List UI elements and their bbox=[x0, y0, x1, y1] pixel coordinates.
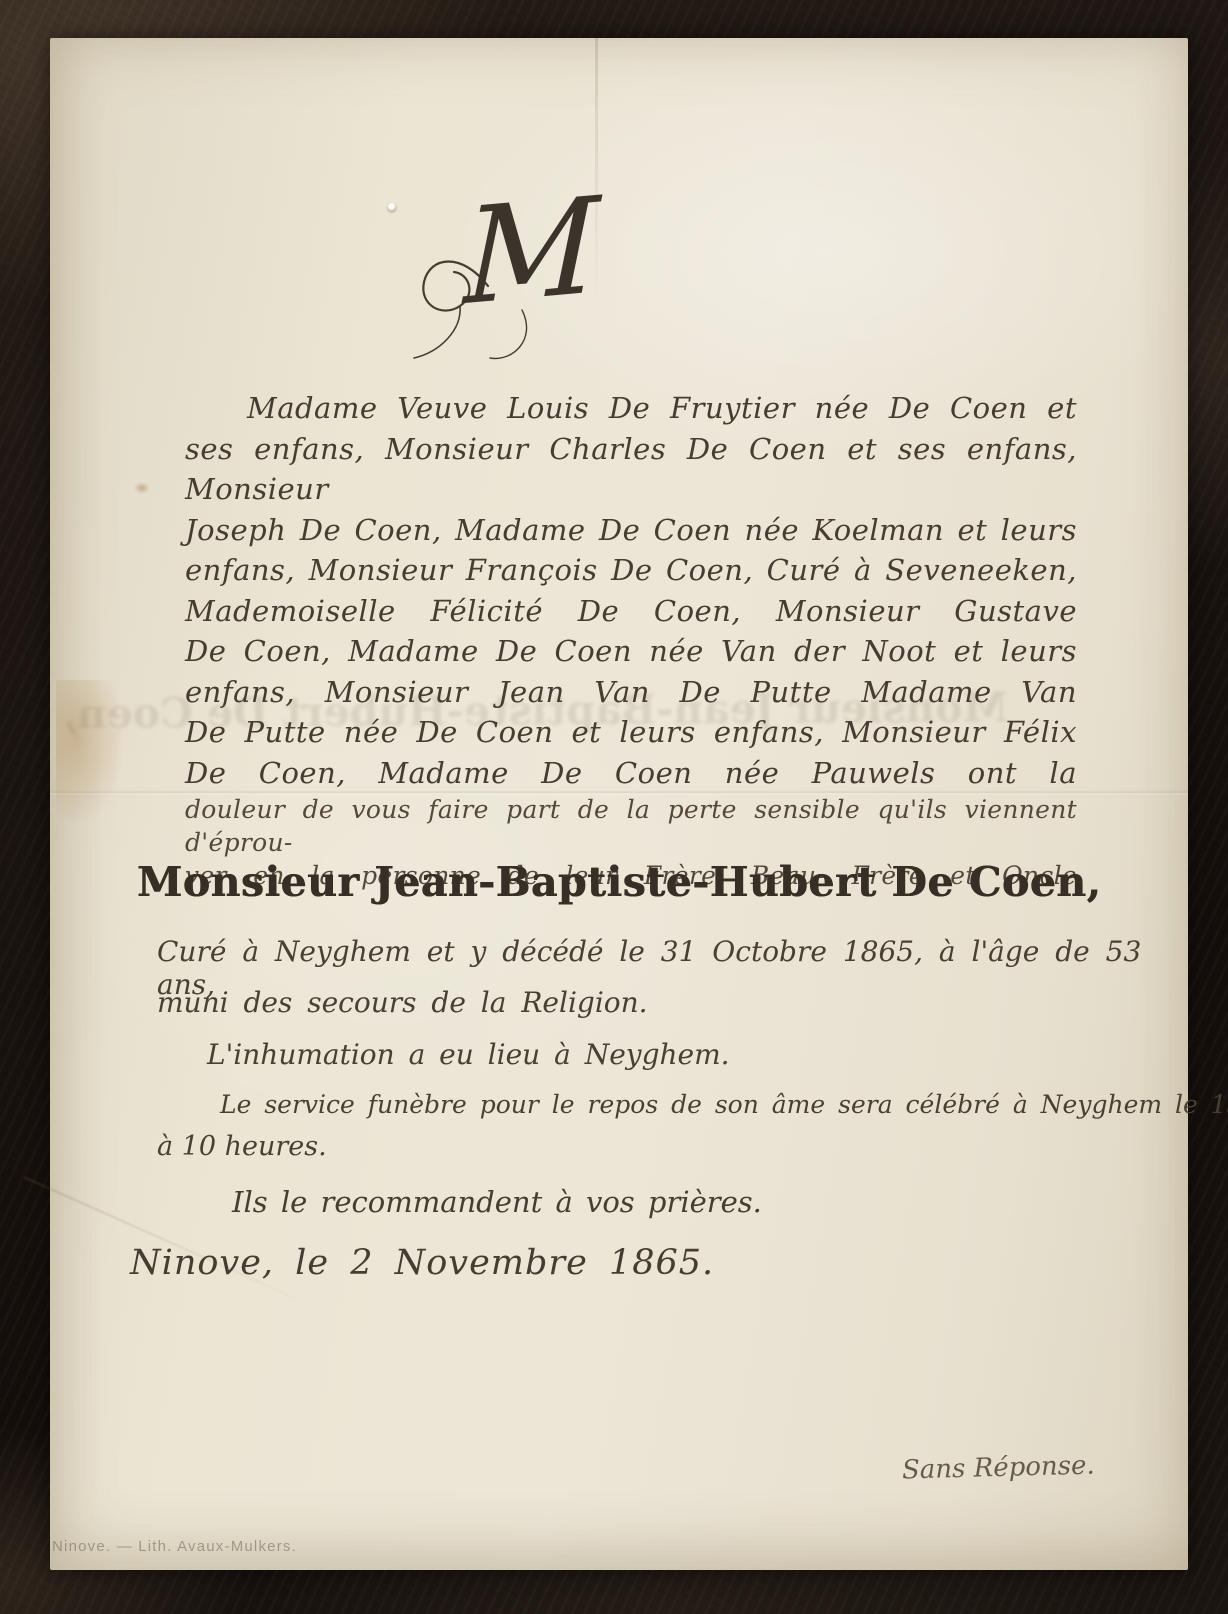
reply-note: Sans Réponse. bbox=[902, 1450, 1095, 1485]
deceased-name-title: Monsieur Jean-Baptiste-Hubert De Coen, bbox=[50, 858, 1188, 906]
document-paper: M Monsieur Jean-Baptiste-Hubert De Coen,… bbox=[50, 38, 1188, 1570]
funeral-service-line: Le service funèbre pour le repos de son … bbox=[220, 1090, 1228, 1119]
paragraph-line: Joseph De Coen, Madame De Coen née Koelm… bbox=[185, 510, 1077, 551]
scanned-photo-background: M Monsieur Jean-Baptiste-Hubert De Coen,… bbox=[0, 0, 1228, 1614]
paragraph-line: Madame Veuve Louis De Fruytier née De Co… bbox=[185, 388, 1077, 429]
paragraph-line: De Putte née De Coen et leurs enfans, Mo… bbox=[185, 712, 1077, 753]
funeral-service-line: à 10 heures. bbox=[157, 1131, 327, 1162]
paragraph-line: De Coen, Madame De Coen née Van der Noot… bbox=[185, 631, 1077, 672]
pinhole-mark bbox=[388, 203, 396, 211]
small-stain bbox=[134, 482, 150, 494]
paragraph-line: douleur de vous faire part de la perte s… bbox=[185, 793, 1077, 859]
paragraph-line: Mademoiselle Félicité De Coen, Monsieur … bbox=[185, 591, 1077, 632]
rust-stain bbox=[56, 680, 122, 822]
death-details-line: muni des secours de la Religion. bbox=[157, 986, 648, 1019]
prayer-recommendation-line: Ils le recommandent à vos prières. bbox=[232, 1185, 762, 1219]
monogram: M bbox=[402, 190, 662, 380]
monogram-letter: M bbox=[463, 180, 600, 324]
paragraph-line: enfans, Monsieur Jean Van De Putte Madam… bbox=[185, 672, 1077, 713]
lithographer-mark: Ninove. — Lith. Avaux-Mulkers. bbox=[52, 1538, 297, 1555]
paragraph-line: ses enfans, Monsieur Charles De Coen et … bbox=[185, 429, 1077, 510]
announcement-paragraph: Madame Veuve Louis De Fruytier née De Co… bbox=[185, 388, 1077, 892]
paragraph-line: enfans, Monsieur François De Coen, Curé … bbox=[185, 550, 1077, 591]
paragraph-line: De Coen, Madame De Coen née Pauwels ont … bbox=[185, 753, 1077, 794]
place-date-line: Ninove, le 2 Novembre 1865. bbox=[130, 1243, 714, 1283]
inhumation-line: L'inhumation a eu lieu à Neyghem. bbox=[207, 1038, 730, 1071]
